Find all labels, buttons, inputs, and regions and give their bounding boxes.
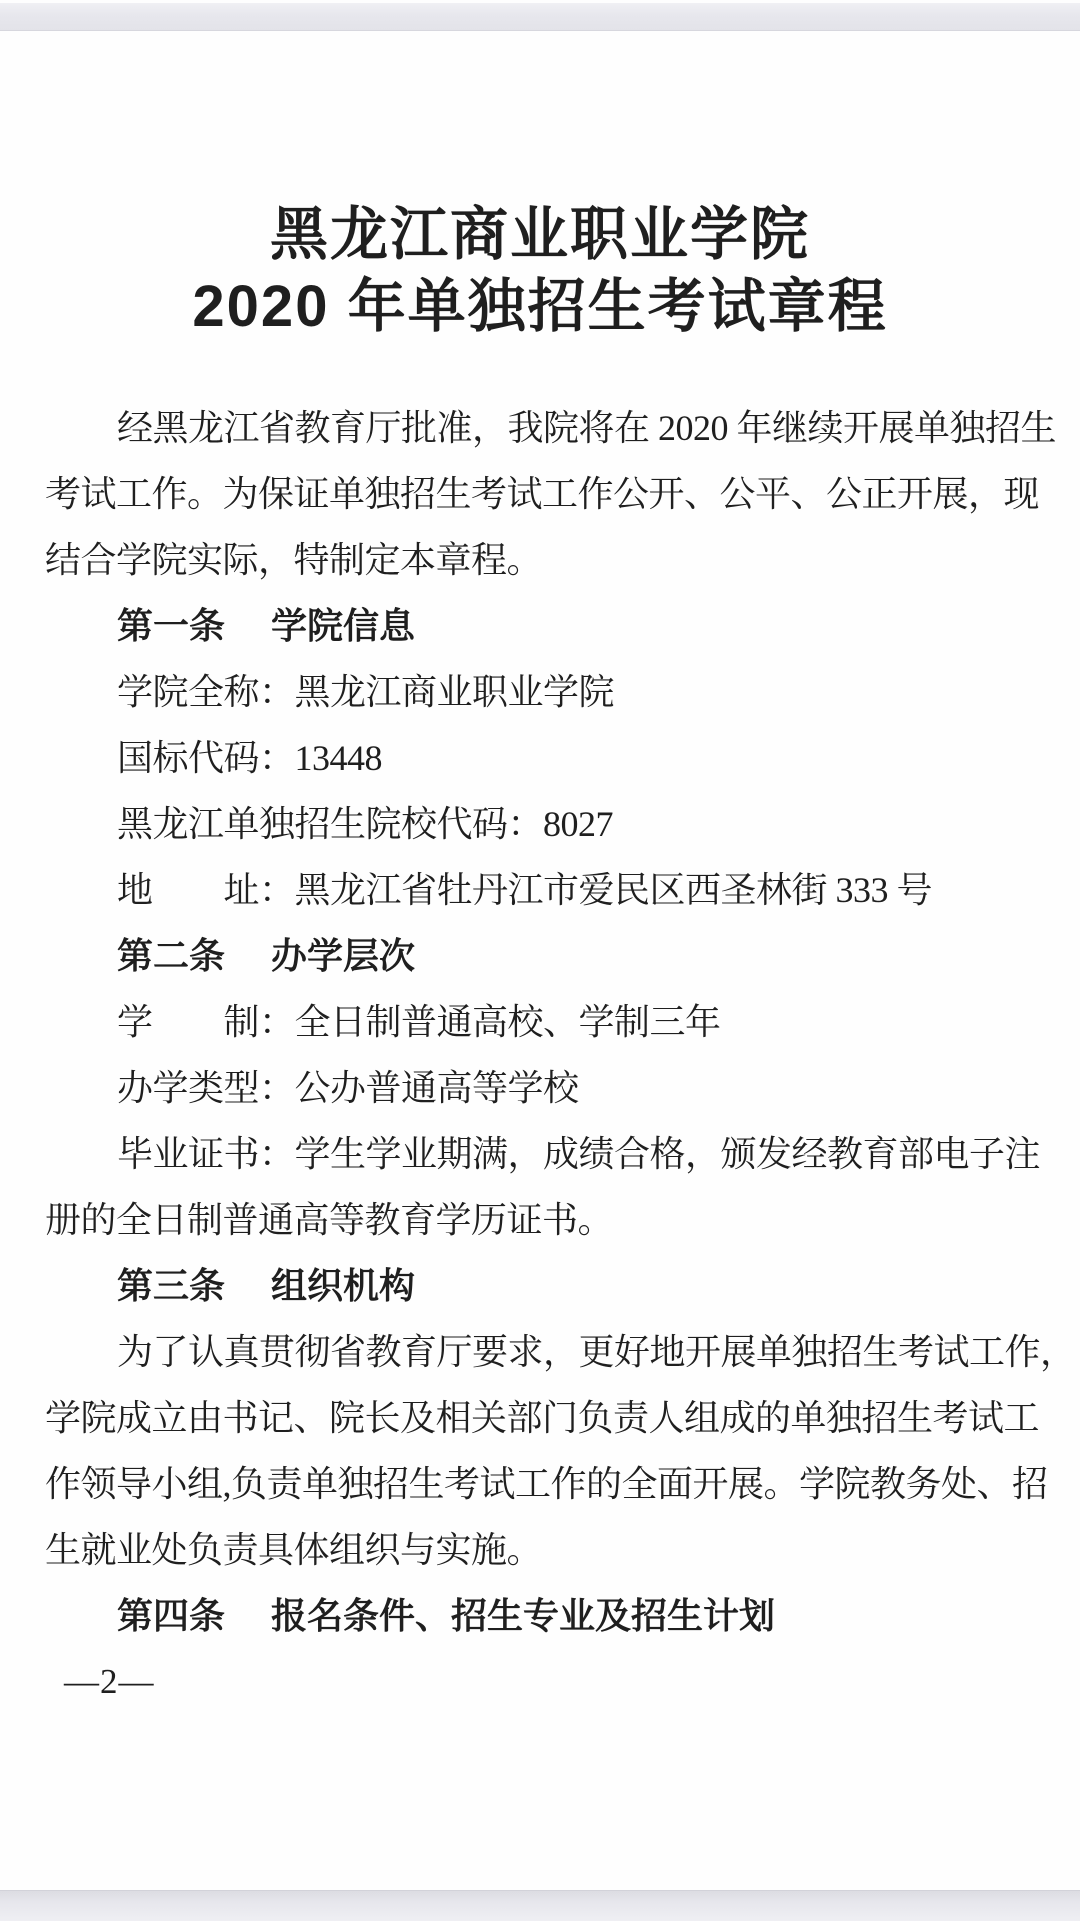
top-gray-band <box>0 3 1080 31</box>
body-line: 考试工作。为保证单独招生考试工作公开、公平、公正开展，现 <box>45 461 1035 527</box>
body-line: 学院成立由书记、院长及相关部门负责人组成的单独招生考试工 <box>45 1385 1035 1451</box>
body-line: 结合学院实际，特制定本章程。 <box>45 527 1035 593</box>
bottom-gray-band <box>0 1890 1080 1921</box>
section-heading: 第四条 报名条件、招生专业及招生计划 <box>45 1583 1035 1649</box>
body-line: 作领导小组,负责单独招生考试工作的全面开展。学院教务处、招 <box>45 1451 1035 1517</box>
title-line-2: 2020 年单独招生考试章程 <box>0 271 1080 343</box>
body-line: 办学类型：公办普通高等学校 <box>45 1055 1035 1121</box>
document-body: 经黑龙江省教育厅批准，我院将在 2020 年继续开展单独招生 考试工作。为保证单… <box>45 395 1035 1649</box>
section-heading: 第三条 组织机构 <box>45 1253 1035 1319</box>
body-line: 生就业处负责具体组织与实施。 <box>45 1517 1035 1583</box>
body-line: 地 址：黑龙江省牡丹江市爱民区西圣林街 333 号 <box>45 857 1035 923</box>
scanned-document-page: 黑龙江商业职业学院 2020 年单独招生考试章程 经黑龙江省教育厅批准，我院将在… <box>0 0 1080 1921</box>
body-line: 学 制：全日制普通高校、学制三年 <box>45 989 1035 1055</box>
document-title: 黑龙江商业职业学院 2020 年单独招生考试章程 <box>0 199 1080 343</box>
section-heading: 第二条 办学层次 <box>45 923 1035 989</box>
body-line: 学院全称：黑龙江商业职业学院 <box>45 659 1035 725</box>
body-line: 为了认真贯彻省教育厅要求，更好地开展单独招生考试工作， <box>45 1319 1035 1385</box>
section-heading: 第一条 学院信息 <box>45 593 1035 659</box>
title-line-1: 黑龙江商业职业学院 <box>0 199 1080 271</box>
body-line: 毕业证书：学生学业期满，成绩合格，颁发经教育部电子注 <box>45 1121 1035 1187</box>
body-line: 黑龙江单独招生院校代码：8027 <box>45 791 1035 857</box>
body-line: 经黑龙江省教育厅批准，我院将在 2020 年继续开展单独招生 <box>45 395 1035 461</box>
page-number: —2— <box>64 1649 155 1715</box>
body-line: 国标代码：13448 <box>45 725 1035 791</box>
body-line: 册的全日制普通高等教育学历证书。 <box>45 1187 1035 1253</box>
